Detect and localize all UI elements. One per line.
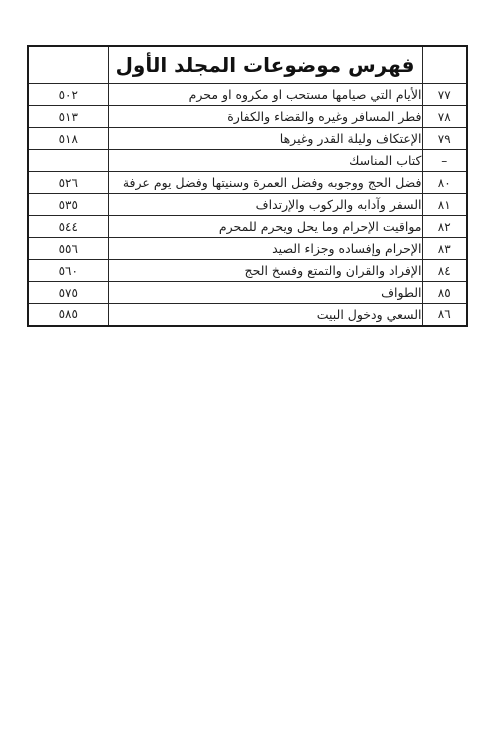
toc-page-number: ٥٤٤ — [28, 216, 108, 238]
toc-page-number: ٥٠٢ — [28, 84, 108, 106]
toc-entry-number: ٨٤ — [422, 260, 467, 282]
toc-entry-number: ٨١ — [422, 194, 467, 216]
toc-page-number: ٥٨٥ — [28, 304, 108, 326]
toc-row-section: – كتاب المناسك — [28, 150, 467, 172]
toc-entry-number: ٧٧ — [422, 84, 467, 106]
toc-entry-number: – — [422, 150, 467, 172]
toc-row: ٨٥ الطواف ٥٧٥ — [28, 282, 467, 304]
toc-page-number: ٥٣٥ — [28, 194, 108, 216]
toc-title: الإحرام وإفساده وجزاء الصيد — [108, 238, 422, 260]
table-title: فهرس موضوعات المجلد الأول — [108, 46, 422, 84]
toc-title: فضل الحج ووجوبه وفضل العمرة وسنيتها وفضل… — [108, 172, 422, 194]
toc-row: ٧٩ الإعتكاف وليلة القدر وغيرها ٥١٨ — [28, 128, 467, 150]
toc-header-empty-page-cell — [28, 46, 108, 84]
toc-title: مواقيت الإحرام وما يحل ويحرم للمحرم — [108, 216, 422, 238]
toc-title: الأيام التي صيامها مستحب او مكروه او محر… — [108, 84, 422, 106]
toc-title: فطر المسافر وغيره والقضاء والكفارة — [108, 106, 422, 128]
toc-header-row: فهرس موضوعات المجلد الأول — [28, 46, 467, 84]
toc-page-number: ٥٧٥ — [28, 282, 108, 304]
toc-entry-number: ٨٢ — [422, 216, 467, 238]
toc-page-number: ٥١٣ — [28, 106, 108, 128]
toc-row: ٨٣ الإحرام وإفساده وجزاء الصيد ٥٥٦ — [28, 238, 467, 260]
toc-page-number: ٥٦٠ — [28, 260, 108, 282]
toc-title: السعي ودخول البيت — [108, 304, 422, 326]
toc-title: الإفراد والقران والتمتع وفسخ الحج — [108, 260, 422, 282]
toc-entry-number: ٨٦ — [422, 304, 467, 326]
toc-row: ٧٨ فطر المسافر وغيره والقضاء والكفارة ٥١… — [28, 106, 467, 128]
toc-title: الإعتكاف وليلة القدر وغيرها — [108, 128, 422, 150]
toc-page-number: ٥٥٦ — [28, 238, 108, 260]
toc-row: ٨٦ السعي ودخول البيت ٥٨٥ — [28, 304, 467, 326]
toc-row: ٨٠ فضل الحج ووجوبه وفضل العمرة وسنيتها و… — [28, 172, 467, 194]
toc-row: ٨١ السفر وآدابه والركوب والإرتداف ٥٣٥ — [28, 194, 467, 216]
toc-page-number: ٥١٨ — [28, 128, 108, 150]
toc-entry-number: ٨٥ — [422, 282, 467, 304]
toc-title: الطواف — [108, 282, 422, 304]
toc-page-number — [28, 150, 108, 172]
toc-page-number: ٥٢٦ — [28, 172, 108, 194]
toc-row: ٨٤ الإفراد والقران والتمتع وفسخ الحج ٥٦٠ — [28, 260, 467, 282]
toc-header-empty-entry-cell — [422, 46, 467, 84]
toc-title: كتاب المناسك — [108, 150, 422, 172]
toc-title: السفر وآدابه والركوب والإرتداف — [108, 194, 422, 216]
toc-entry-number: ٨٣ — [422, 238, 467, 260]
scanned-document-page: فهرس موضوعات المجلد الأول ٧٧ الأيام التي… — [0, 0, 500, 756]
toc-row: ٧٧ الأيام التي صيامها مستحب او مكروه او … — [28, 84, 467, 106]
toc-row: ٨٢ مواقيت الإحرام وما يحل ويحرم للمحرم ٥… — [28, 216, 467, 238]
toc-entry-number: ٧٩ — [422, 128, 467, 150]
toc-entry-number: ٨٠ — [422, 172, 467, 194]
toc-table: فهرس موضوعات المجلد الأول ٧٧ الأيام التي… — [27, 45, 468, 327]
toc-entry-number: ٧٨ — [422, 106, 467, 128]
